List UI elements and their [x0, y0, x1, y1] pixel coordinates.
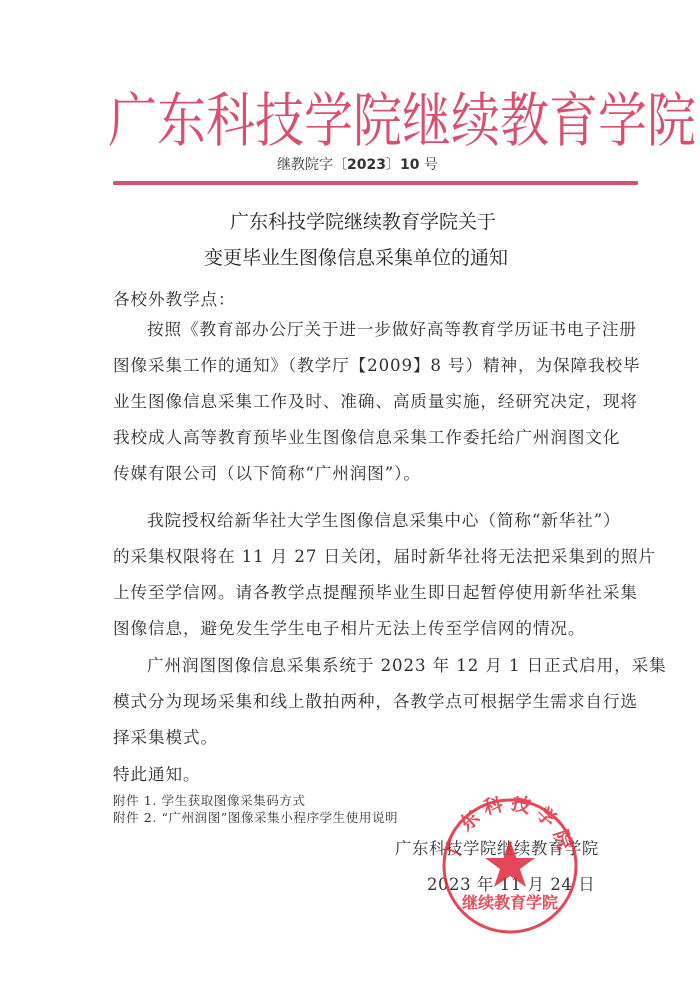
- attachment-item-1: 附件 1. 学生获取图像采集码方式: [113, 792, 398, 809]
- paragraph-line: 择采集模式。: [113, 720, 605, 756]
- doc-number-year: 2023: [347, 157, 386, 173]
- doc-number-suffix: 号: [419, 157, 437, 173]
- masthead-divider: [113, 181, 638, 185]
- official-seal: 广东科技学院 继续教育学院: [440, 796, 580, 936]
- paragraph-line: 的采集权限将在 11 月 27 日关闭，届时新华社将无法把采集到的照片: [113, 539, 605, 575]
- closing-remark: 特此通知。: [113, 757, 605, 793]
- body-paragraph-3: 广州润图图像信息采集系统于 2023 年 12 月 1 日正式启用，采集 模式分…: [113, 648, 605, 756]
- paragraph-line: 模式分为现场采集和线上散拍两种，各教学点可根据学生需求自行选: [113, 684, 605, 720]
- paragraph-line: 我校成人高等教育预毕业生图像信息采集工作委托给广州润图文化: [113, 420, 605, 456]
- attachments-list: 附件 1. 学生获取图像采集码方式 附件 2. “广州润图”图像采集小程序学生使…: [113, 792, 398, 826]
- paragraph-line: 我院授权给新华社大学生图像信息采集中心（简称“新华社”）: [113, 503, 605, 539]
- doc-number-mid: 〕: [386, 157, 400, 173]
- paragraph-line: 图像采集工作的通知》（教学厅【2009】8 号）精神，为保障我校毕: [113, 348, 605, 384]
- body-paragraph-2: 我院授权给新华社大学生图像信息采集中心（简称“新华社”） 的采集权限将在 11 …: [113, 503, 605, 647]
- body-paragraph-1: 按照《教育部办公厅关于进一步做好高等教育学历证书电子注册 图像采集工作的通知》（…: [113, 312, 605, 492]
- document-title-line-2: 变更毕业生图像信息采集单位的通知: [6, 246, 700, 270]
- document-number: 继教院字〔2023〕10 号: [277, 156, 438, 174]
- doc-number-num: 10: [400, 157, 419, 173]
- paragraph-line: 按照《教育部办公厅关于进一步做好高等教育学历证书电子注册: [113, 312, 605, 348]
- paragraph-line: 上传至学信网。请各教学点提醒预毕业生即日起暂停使用新华社采集: [113, 575, 605, 611]
- attachment-item-2: 附件 2. “广州润图”图像采集小程序学生使用说明: [113, 809, 398, 826]
- document-title-line-1: 广东科技学院继续教育学院关于: [13, 210, 700, 234]
- paragraph-line: 业生图像信息采集工作及时、准确、高质量实施，经研究决定，现将: [113, 384, 605, 420]
- issue-date: 2023 年 11 月 24 日: [427, 874, 595, 896]
- seal-icon: 广东科技学院 继续教育学院: [440, 796, 580, 936]
- paragraph-line: 图像信息，避免发生学生电子相片无法上传至学信网的情况。: [113, 611, 605, 647]
- paragraph-line: 传媒有限公司（以下简称“广州润图”）。: [113, 456, 605, 492]
- issuer-signature: 广东科技学院继续教育学院: [395, 838, 599, 860]
- doc-number-prefix: 继教院字〔: [277, 157, 347, 173]
- paragraph-line: 广州润图图像信息采集系统于 2023 年 12 月 1 日正式启用，采集: [113, 648, 605, 684]
- masthead-title: 广东科技学院继续教育学院: [108, 80, 603, 164]
